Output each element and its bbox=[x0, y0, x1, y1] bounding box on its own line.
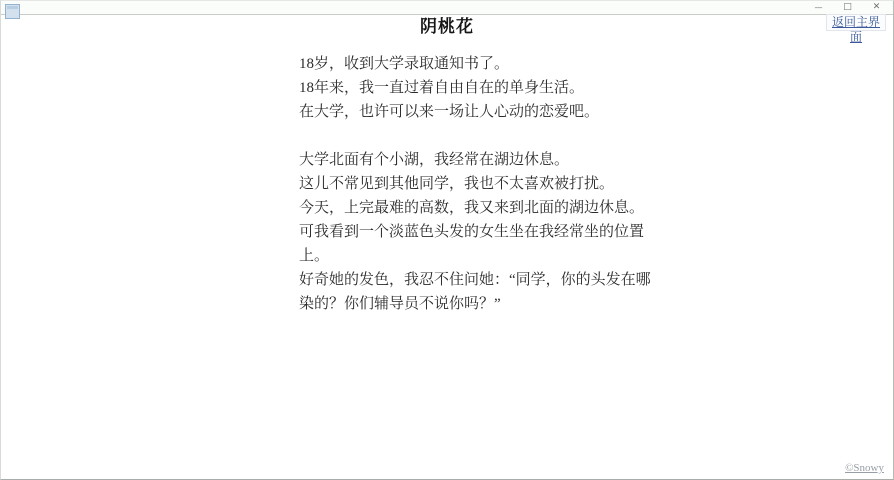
page-title: 阴桃花 bbox=[1, 12, 893, 37]
back-to-main-link[interactable]: 返回主界面 bbox=[826, 14, 886, 31]
app-window: — □ ✕ 返回主界面 阴桃花 18岁，收到大学录取通知书了。 18年来，我一直… bbox=[0, 0, 894, 480]
minimize-button[interactable]: — bbox=[804, 1, 833, 14]
minimize-icon: — bbox=[815, 1, 823, 14]
story-line: 可我看到一个淡蓝色头发的女生坐在我经常坐的位置 bbox=[299, 220, 639, 244]
story-line: 这儿不常见到其他同学，我也不太喜欢被打扰。 bbox=[299, 172, 639, 196]
story-line: 大学北面有个小湖，我经常在湖边休息。 bbox=[299, 148, 639, 172]
story-line: 今天，上完最难的高数，我又来到北面的湖边休息。 bbox=[299, 196, 639, 220]
story-line: 上。 bbox=[299, 244, 639, 268]
window-app-icon bbox=[5, 4, 20, 19]
story-line: 18岁，收到大学录取通知书了。 bbox=[299, 52, 639, 76]
story-line: 好奇她的发色，我忍不住问她：“同学，你的头发在哪 bbox=[299, 268, 639, 292]
close-button[interactable]: ✕ bbox=[862, 1, 891, 14]
story-line-blank bbox=[299, 124, 639, 148]
maximize-button[interactable]: □ bbox=[833, 1, 862, 14]
story-line: 在大学，也许可以来一场让人心动的恋爱吧。 bbox=[299, 100, 639, 124]
close-icon: ✕ bbox=[873, 1, 881, 14]
story-line: 18年来，我一直过着自由自在的单身生活。 bbox=[299, 76, 639, 100]
maximize-icon: □ bbox=[843, 1, 852, 14]
story-line: 染的？你们辅导员不说你吗？” bbox=[299, 292, 639, 316]
author-credit-link[interactable]: ©Snowy bbox=[845, 462, 884, 474]
window-controls: — □ ✕ bbox=[804, 1, 891, 14]
story-text: 18岁，收到大学录取通知书了。 18年来，我一直过着自由自在的单身生活。 在大学… bbox=[299, 52, 639, 316]
